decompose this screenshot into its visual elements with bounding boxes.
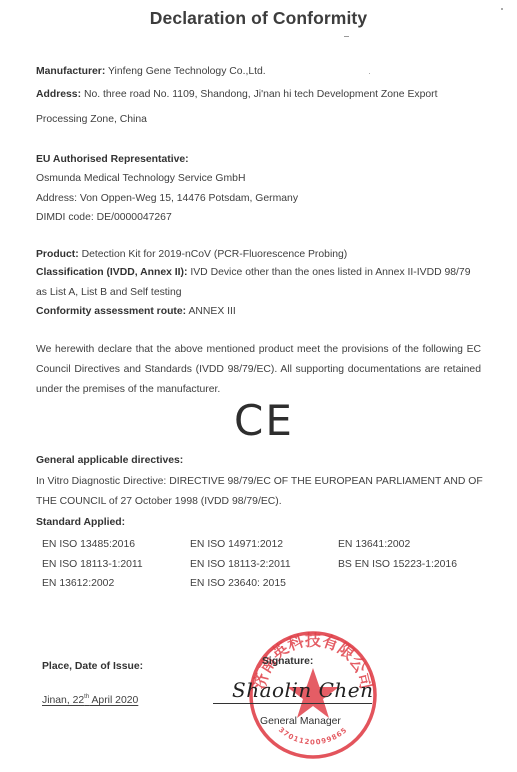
address-line: Address: No. three road No. 1109, Shando… [36, 89, 438, 100]
svg-text:3701120099865: 3701120099865 [277, 726, 349, 746]
route-value: ANNEX III [188, 306, 235, 317]
address-value: No. three road No. 1109, Shandong, Ji'na… [84, 89, 438, 100]
directives-heading: General applicable directives: [36, 455, 183, 466]
standard-item: EN ISO 18113-1:2011 [42, 559, 143, 570]
manufacturer-value: Yinfeng Gene Technology Co.,Ltd. [108, 66, 266, 77]
standard-item: BS EN ISO 15223-1:2016 [338, 559, 457, 570]
classification-line: Classification (IVDD, Annex II): IVD Dev… [36, 267, 471, 278]
standard-item: EN ISO 23640: 2015 [190, 578, 286, 589]
standard-item: EN ISO 13485:2016 [42, 539, 135, 550]
directives-line-2: THE COUNCIL of 27 October 1998 (IVDD 98/… [36, 496, 282, 507]
classification-label: Classification (IVDD, Annex II): [36, 267, 187, 278]
product-label: Product: [36, 249, 79, 260]
eu-rep-dimdi: DIMDI code: DE/0000047267 [36, 212, 172, 223]
route-line: Conformity assessment route: ANNEX III [36, 306, 236, 317]
standards-heading: Standard Applied: [36, 517, 125, 528]
manufacturer-line: Manufacturer: Yinfeng Gene Technology Co… [36, 66, 266, 77]
issue-label: Place, Date of Issue: [42, 661, 143, 672]
eu-rep-address: Address: Von Oppen-Weg 15, 14476 Potsdam… [36, 193, 298, 204]
address-label: Address: [36, 89, 81, 100]
handwritten-signature: Shaolin Chen [232, 678, 373, 702]
standard-item: EN ISO 18113-2:2011 [190, 559, 291, 570]
directives-line-1: In Vitro Diagnostic Directive: DIRECTIVE… [36, 476, 483, 487]
issue-date: Jinan, 22th April 2020 [42, 694, 138, 706]
declaration-paragraph: We herewith declare that the above menti… [36, 340, 481, 400]
issue-month-year: April 2020 [89, 695, 138, 706]
scan-speck [344, 36, 349, 37]
scan-speck [369, 73, 370, 74]
standard-item: EN 13612:2002 [42, 578, 114, 589]
signature-label: Signature: [262, 656, 313, 667]
classification-value: IVD Device other than the ones listed in… [190, 267, 470, 278]
page-title: Declaration of Conformity [0, 8, 517, 29]
route-label: Conformity assessment route: [36, 306, 186, 317]
address-continuation: Processing Zone, China [36, 114, 147, 125]
scan-speck [501, 8, 503, 10]
product-value: Detection Kit for 2019-nCoV (PCR-Fluores… [82, 249, 348, 260]
classification-continuation: as List A, List B and Self testing [36, 287, 182, 298]
ce-mark-icon: CE [234, 396, 294, 445]
manufacturer-label: Manufacturer: [36, 66, 105, 77]
eu-rep-heading: EU Authorised Representative: [36, 154, 189, 165]
eu-rep-name: Osmunda Medical Technology Service GmbH [36, 173, 245, 184]
signature-line [213, 703, 372, 704]
standard-item: EN ISO 14971:2012 [190, 539, 283, 550]
issue-place-day: Jinan, 22 [42, 695, 84, 706]
product-line: Product: Detection Kit for 2019-nCoV (PC… [36, 249, 347, 260]
signatory-role: General Manager [260, 716, 341, 727]
standard-item: EN 13641:2002 [338, 539, 410, 550]
